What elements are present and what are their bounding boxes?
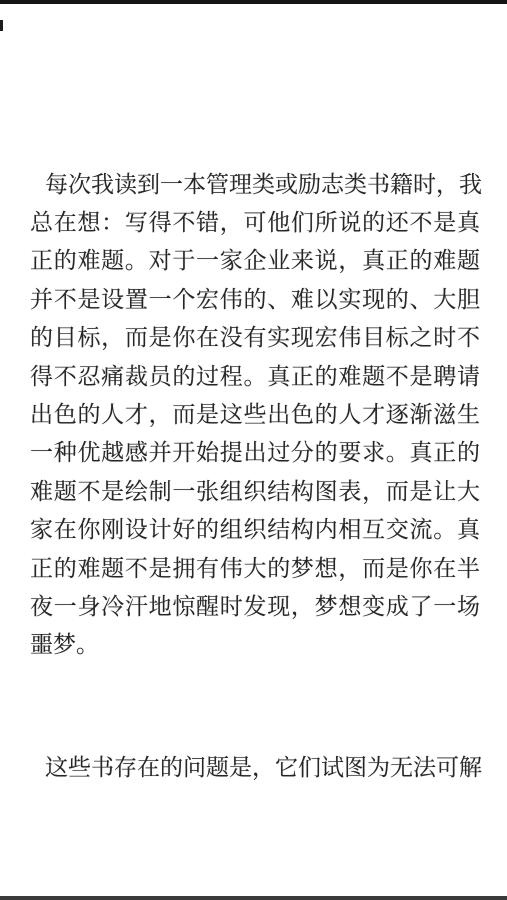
text-line: 得不忍痛裁员的过程。真正的难题不是聘请 xyxy=(30,355,480,393)
text-line: 每次我读到一本管理类或励志类书籍时，我 xyxy=(30,163,480,201)
ebook-reader-page[interactable]: 每次我读到一本管理类或励志类书籍时，我总在想：写得不错，可他们所说的还不是真正的… xyxy=(0,0,507,900)
text-line: 出色的人才，而是这些出色的人才逐渐滋生 xyxy=(30,393,480,431)
text-line: 难题不是绘制一张组织结构图表，而是让大 xyxy=(30,470,480,508)
text-line: 的目标，而是你在没有实现宏伟目标之时不 xyxy=(30,317,480,355)
text-line: 总在想：写得不错，可他们所说的还不是真 xyxy=(30,201,480,239)
text-line: 噩梦。 xyxy=(30,624,480,662)
paragraph-2: 这些书存在的问题是，它们试图为无法可解 xyxy=(30,746,480,784)
left-edge-artifact xyxy=(0,20,3,31)
text-line: 正的难题不是拥有伟大的梦想，而是你在半 xyxy=(30,547,480,585)
text-line: 夜一身冷汗地惊醒时发现，梦想变成了一场 xyxy=(30,585,480,623)
paragraph-1: 每次我读到一本管理类或励志类书籍时，我总在想：写得不错，可他们所说的还不是真正的… xyxy=(30,163,480,662)
paragraph-indent xyxy=(30,765,45,766)
paragraph-indent xyxy=(30,182,45,183)
text-line: 一种优越感并开始提出过分的要求。真正的 xyxy=(30,432,480,470)
text-line: 家在你刚设计好的组织结构内相互交流。真 xyxy=(30,509,480,547)
text-line: 并不是设置一个宏伟的、难以实现的、大胆 xyxy=(30,278,480,316)
text-line: 这些书存在的问题是，它们试图为无法可解 xyxy=(30,746,480,784)
text-line: 正的难题。对于一家企业来说，真正的难题 xyxy=(30,240,480,278)
bottom-letterbox-bar xyxy=(0,896,507,900)
top-letterbox-bar xyxy=(0,0,507,4)
